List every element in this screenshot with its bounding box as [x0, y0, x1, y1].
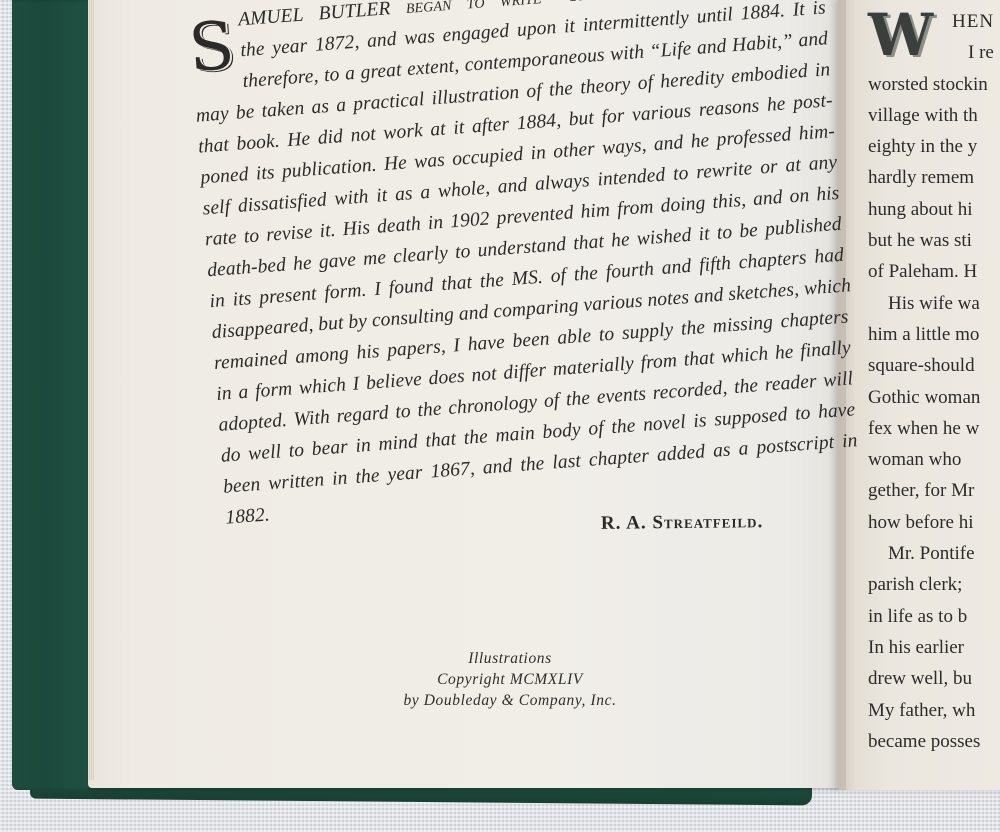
chapter-line: eighty in the y: [868, 131, 1000, 162]
chapter-line: of Paleham. H: [868, 256, 1000, 287]
colophon-illustrations: Illustrations: [360, 648, 660, 669]
preface-text-block: S AMUEL BUTLER began to write “The Way o…: [188, 0, 861, 534]
preface-paragraph: AMUEL BUTLER began to write “The Way of …: [188, 0, 861, 534]
chapter-line: village with th: [868, 100, 1000, 131]
page-stack-edge: [88, 0, 94, 780]
chapter-line: fex when he w: [868, 413, 1000, 444]
preface-signature: R. A. Streatfeild.: [601, 511, 763, 535]
chapter-line: HEN: [868, 6, 1000, 37]
chapter-line: My father, wh: [868, 695, 1000, 726]
chapter-line: In his earlier: [868, 632, 1000, 663]
chapter-line: woman who: [868, 444, 1000, 475]
colophon-publisher: by Doubleday & Company, Inc.: [360, 690, 660, 711]
chapter-line: worsted stockin: [868, 69, 1000, 100]
chapter-line: square-should: [868, 350, 1000, 381]
chapter-line: parish clerk;: [868, 569, 1000, 600]
chapter-line: in life as to b: [868, 601, 1000, 632]
chapter-line: gether, for Mr: [868, 475, 1000, 506]
chapter-line: hardly remem: [868, 162, 1000, 193]
chapter-line: hung about hi: [868, 194, 1000, 225]
chapter-line: how before hi: [868, 507, 1000, 538]
book-cover-spine-edge: [12, 0, 92, 790]
chapter-line: Gothic woman: [868, 382, 1000, 413]
colophon-copyright: Copyright MCMXLIV: [360, 669, 660, 690]
drop-cap-s: S: [187, 19, 236, 76]
chapter-text-block: HEN I re worsted stockin village with th…: [868, 6, 1000, 757]
copyright-colophon: Illustrations Copyright MCMXLIV by Doubl…: [360, 648, 660, 711]
chapter-line: His wife wa: [868, 288, 1000, 319]
chapter-line: became posses: [868, 726, 1000, 757]
chapter-line: but he was sti: [868, 225, 1000, 256]
chapter-line: him a little mo: [868, 319, 1000, 350]
chapter-line: Mr. Pontife: [868, 538, 1000, 569]
chapter-line: drew well, bu: [868, 663, 1000, 694]
chapter-line: I re: [868, 37, 1000, 68]
